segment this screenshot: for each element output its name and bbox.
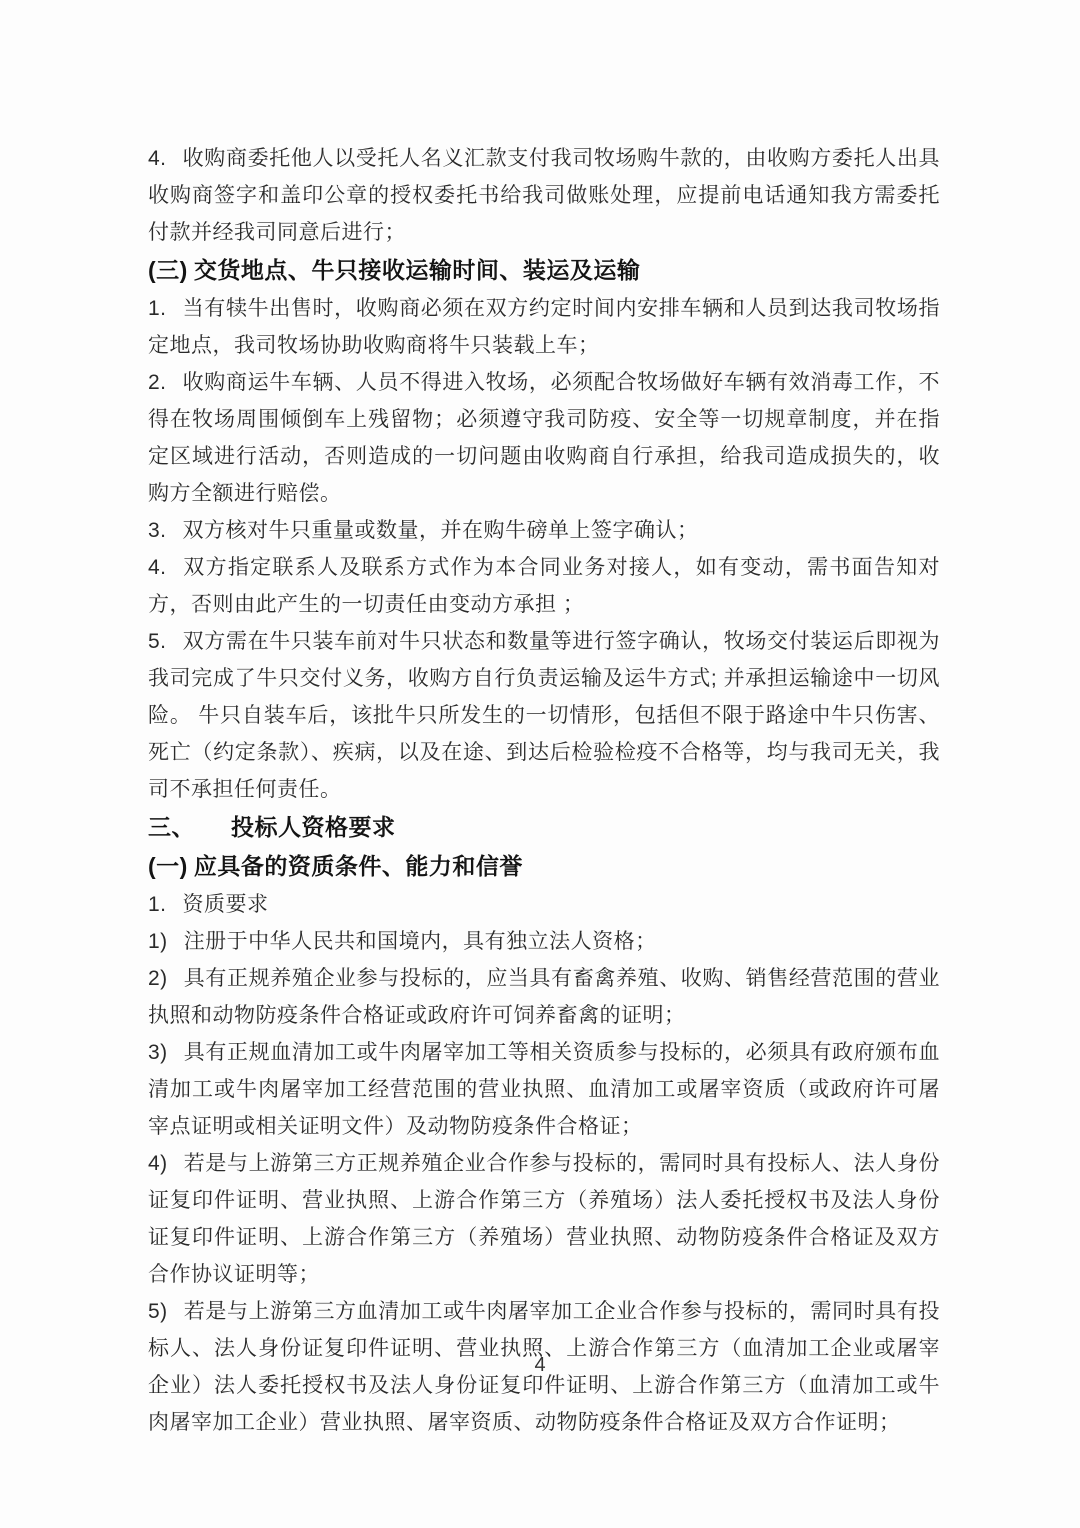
list-marker: 3) (148, 1041, 184, 1064)
page-number: 4 (0, 1354, 1080, 1377)
list-text: 若是与上游第三方正规养殖企业合作参与投标的，需同时具有投标人、法人身份证复印件证… (148, 1152, 940, 1286)
list-item: 4.双方指定联系人及联系方式作为本合同业务对接人，如有变动，需书面告知对方，否则… (148, 549, 940, 623)
heading-marker: 三、 (148, 814, 231, 840)
list-item: 3.双方核对牛只重量或数量，并在购牛磅单上签字确认； (148, 512, 940, 549)
heading-text: 应具备的资质条件、能力和信誉 (194, 853, 523, 879)
heading-text: 交货地点、牛只接收运输时间、装运及运输 (194, 257, 641, 283)
list-text: 当有犊牛出售时，收购商必须在双方约定时间内安排车辆和人员到达我司牧场指定地点，我… (148, 297, 940, 357)
list-text: 双方需在牛只装车前对牛只状态和数量等进行签字确认，牧场交付装运后即视为我司完成了… (148, 630, 940, 801)
list-marker: 1) (148, 930, 184, 953)
list-item: 5.双方需在牛只装车前对牛只状态和数量等进行签字确认，牧场交付装运后即视为我司完… (148, 623, 940, 808)
list-item: 4)若是与上游第三方正规养殖企业合作参与投标的，需同时具有投标人、法人身份证复印… (148, 1145, 940, 1293)
list-item: 3)具有正规血清加工或牛肉屠宰加工等相关资质参与投标的，必须具有政府颁布血清加工… (148, 1034, 940, 1145)
document-body: 4.收购商委托他人以受托人名义汇款支付我司牧场购牛款的，由收购方委托人出具收购商… (148, 140, 940, 1441)
list-item: 1.资质要求 (148, 886, 940, 923)
chapter-heading: 三、投标人资格要求 (148, 808, 940, 847)
list-marker: 5) (148, 1300, 184, 1323)
list-marker: 2) (148, 967, 184, 990)
list-text: 具有正规血清加工或牛肉屠宰加工等相关资质参与投标的，必须具有政府颁布血清加工或牛… (148, 1041, 940, 1138)
list-item: 1)注册于中华人民共和国境内，具有独立法人资格； (148, 923, 940, 960)
list-marker: 5. (148, 630, 183, 653)
list-text: 资质要求 (183, 893, 269, 916)
list-item: 2)具有正规养殖企业参与投标的，应当具有畜禽养殖、收购、销售经营范围的营业执照和… (148, 960, 940, 1034)
list-text: 具有正规养殖企业参与投标的，应当具有畜禽养殖、收购、销售经营范围的营业执照和动物… (148, 967, 940, 1027)
list-item: 4.收购商委托他人以受托人名义汇款支付我司牧场购牛款的，由收购方委托人出具收购商… (148, 140, 940, 251)
heading-marker: (一) (148, 853, 194, 879)
list-item: 2.收购商运牛车辆、人员不得进入牧场，必须配合牧场做好车辆有效消毒工作，不得在牧… (148, 364, 940, 512)
heading-text: 投标人资格要求 (231, 814, 396, 840)
list-text: 双方指定联系人及联系方式作为本合同业务对接人，如有变动，需书面告知对方，否则由此… (148, 556, 940, 616)
section-heading: (三)交货地点、牛只接收运输时间、装运及运输 (148, 251, 940, 290)
list-marker: 3. (148, 519, 183, 542)
list-marker: 2. (148, 371, 183, 394)
list-text: 注册于中华人民共和国境内，具有独立法人资格； (184, 930, 657, 953)
list-item: 1.当有犊牛出售时，收购商必须在双方约定时间内安排车辆和人员到达我司牧场指定地点… (148, 290, 940, 364)
list-marker: 1. (148, 893, 183, 916)
list-text: 双方核对牛只重量或数量，并在购牛磅单上签字确认； (183, 519, 699, 542)
heading-marker: (三) (148, 257, 194, 283)
list-marker: 4. (148, 556, 183, 579)
section-heading: (一)应具备的资质条件、能力和信誉 (148, 847, 940, 886)
list-marker: 1. (148, 297, 183, 320)
list-text: 收购商运牛车辆、人员不得进入牧场，必须配合牧场做好车辆有效消毒工作，不得在牧场周… (148, 371, 940, 505)
document-page: 4.收购商委托他人以受托人名义汇款支付我司牧场购牛款的，由收购方委托人出具收购商… (0, 0, 1080, 1528)
list-text: 收购商委托他人以受托人名义汇款支付我司牧场购牛款的，由收购方委托人出具收购商签字… (148, 147, 940, 244)
list-marker: 4) (148, 1152, 184, 1175)
list-marker: 4. (148, 147, 183, 170)
